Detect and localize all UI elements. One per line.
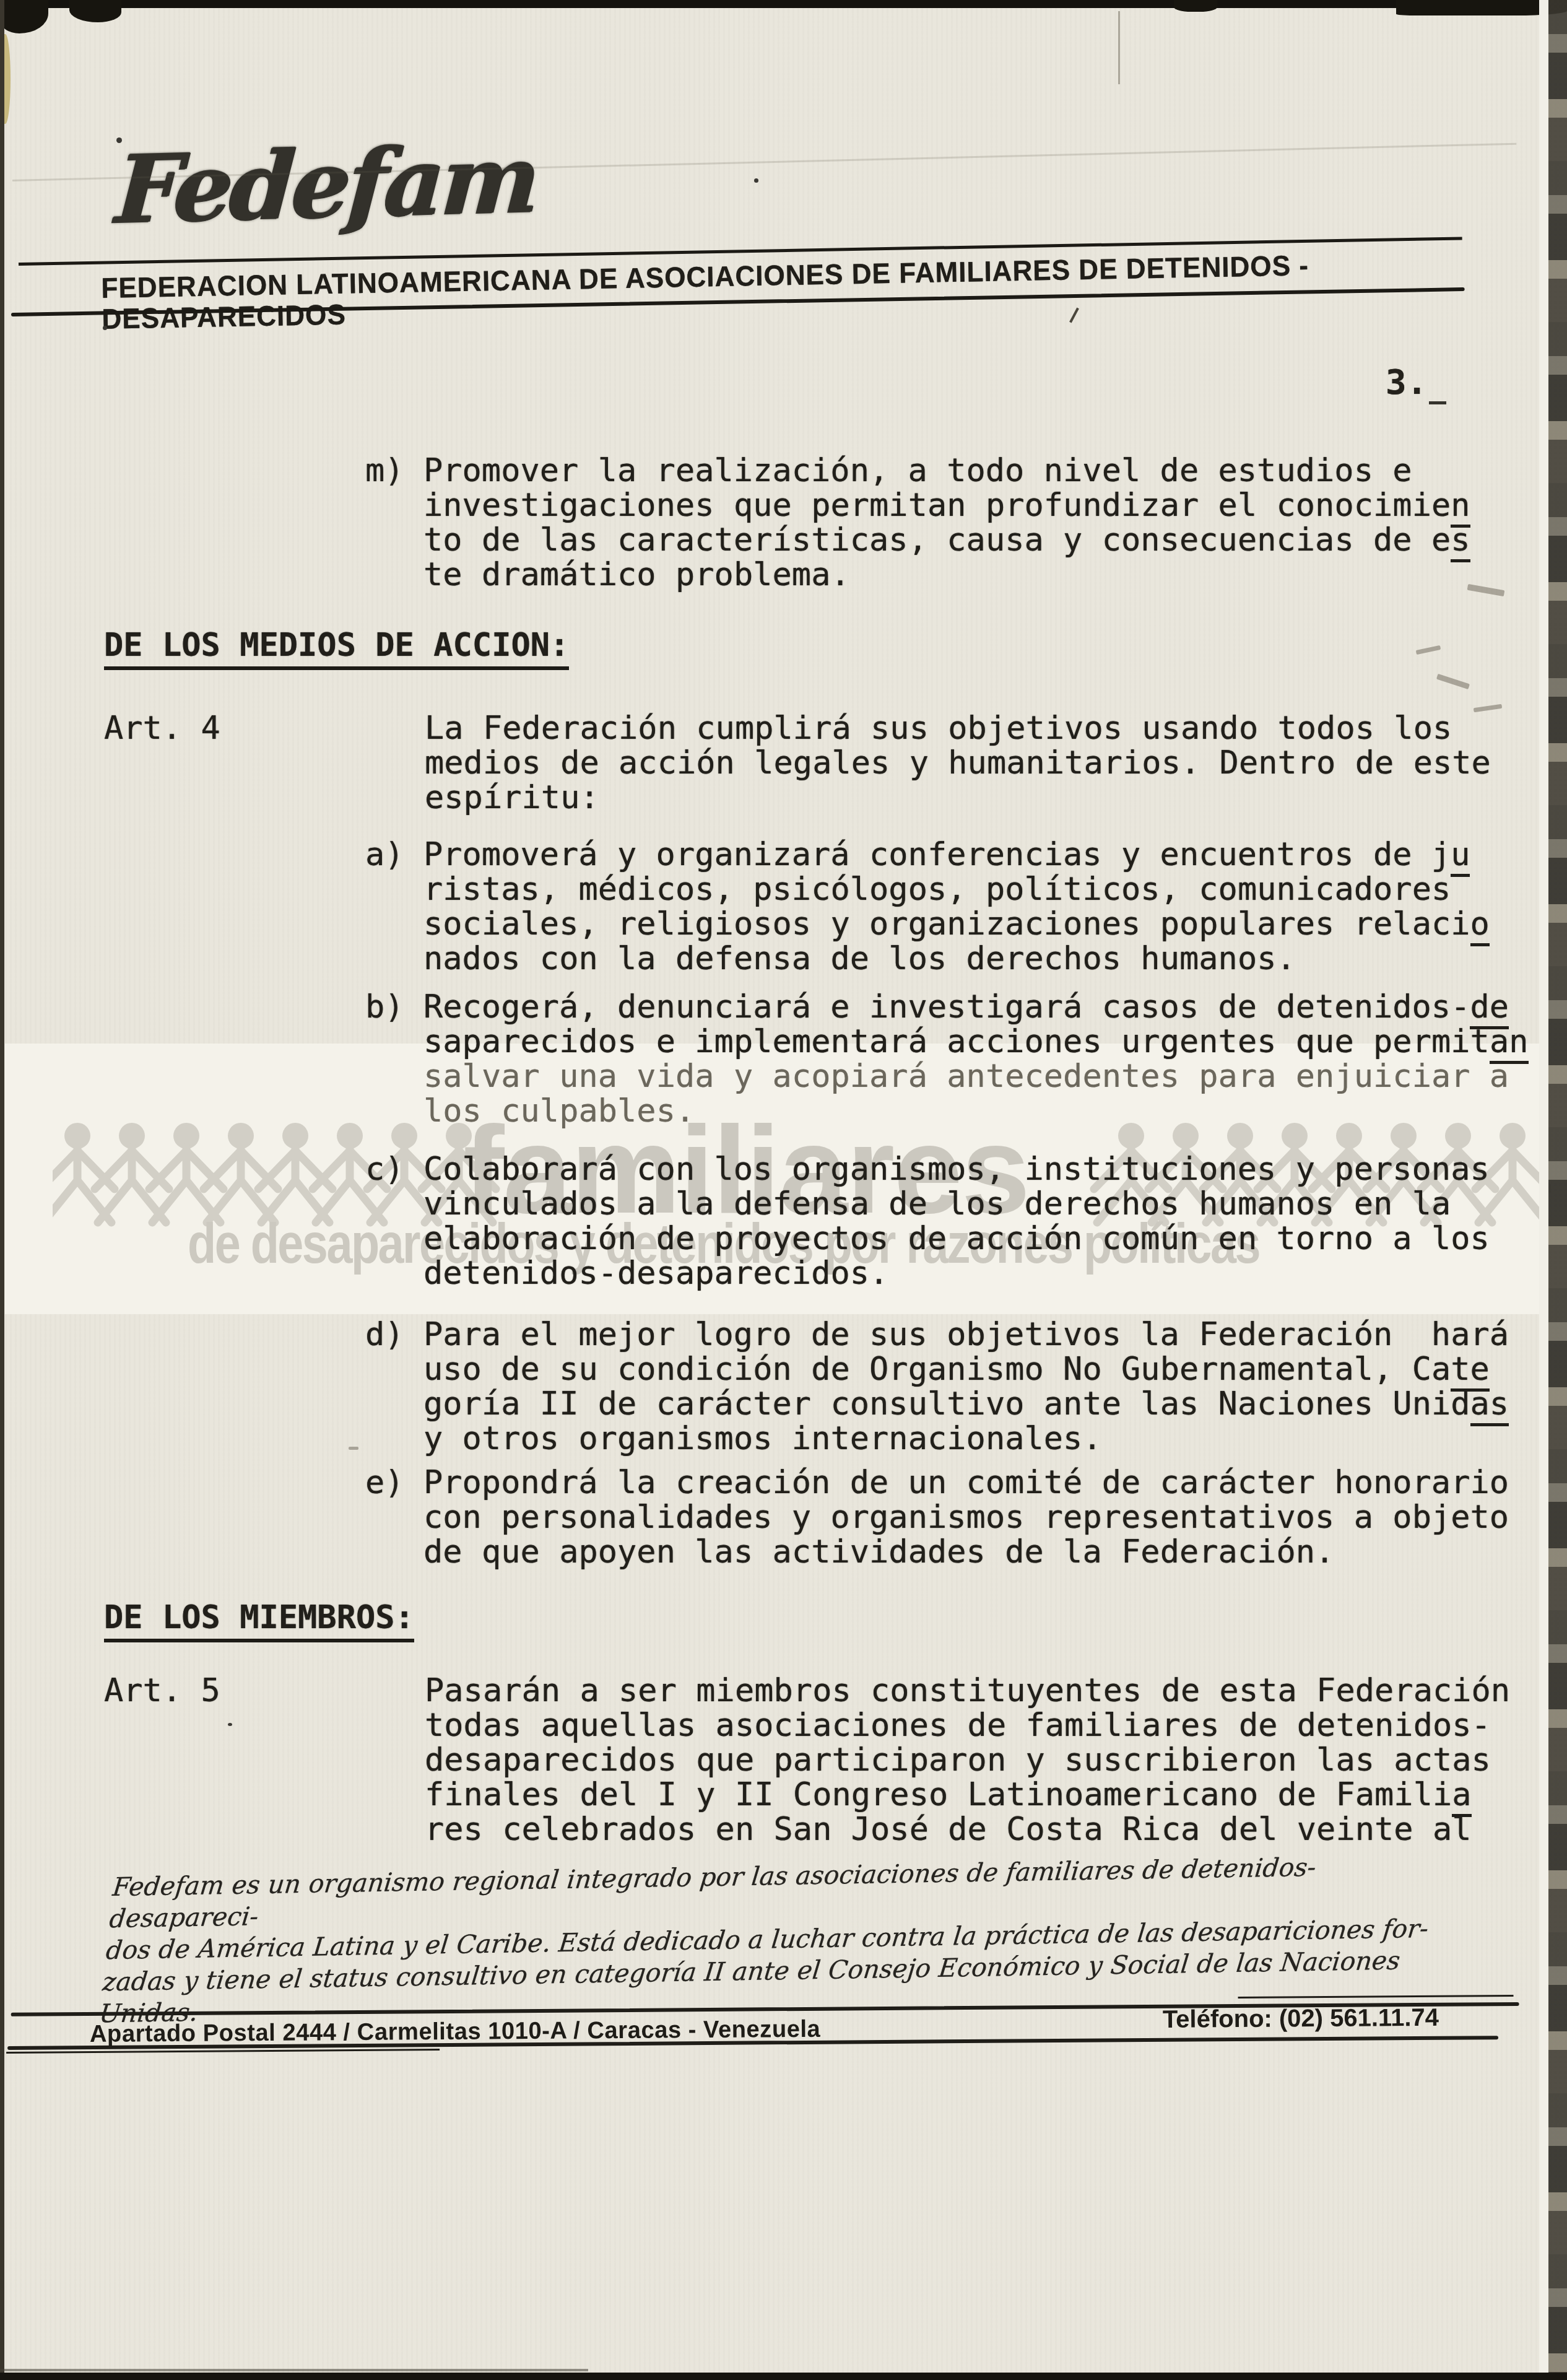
paragraph-item-d: d) Para el mejor logro de sus objetivos …: [365, 1317, 1567, 1456]
paragraph-item-m: m) Promover la realización, a todo nivel…: [365, 453, 1567, 592]
page-number-dash: [1429, 401, 1446, 404]
scan-left-edge: [0, 0, 4, 2380]
page-number: 3.: [1386, 364, 1427, 401]
pencil-dash: [349, 1447, 358, 1450]
pencil-scribble: [1416, 645, 1441, 655]
fedefam-logo: Fedefam: [113, 133, 539, 237]
section-heading-medios: DE LOS MEDIOS DE ACCION:: [104, 628, 569, 670]
paragraph-item-e: e) Propondrá la creación de un comité de…: [365, 1465, 1567, 1569]
section-heading-miembros: DE LOS MIEMBROS:: [104, 1600, 414, 1642]
scan-bottom-line: [0, 2369, 588, 2371]
article-5-text: Pasarán a ser miembros constituyentes de…: [425, 1673, 1567, 1847]
scan-right-gap: [1539, 0, 1548, 2380]
footer-phone: Teléfono: (02) 561.11.74: [1163, 2004, 1439, 2034]
document-page: familiares de desaparecidos y detenidos …: [0, 0, 1567, 2380]
scan-top-edge: [0, 0, 1567, 8]
scan-bottom-edge: [0, 2373, 1567, 2380]
footer-bar: Apartado Postal 2444 / Carmelitas 1010-A…: [0, 1994, 1567, 2080]
article-5-label: Art. 5: [104, 1673, 352, 1708]
scan-blob: [69, 0, 121, 22]
ink-speck: [116, 137, 122, 143]
paragraph-item-b: b) Recogerá, denunciará e investigará ca…: [365, 990, 1567, 1128]
footer-rule-bottom-segment: [6, 2049, 440, 2054]
paragraph-item-a: a) Promoverá y organizará conferencias y…: [365, 837, 1567, 976]
article-4-label: Art. 4: [104, 711, 352, 746]
article-4-text: La Federación cumplirá sus objetivos usa…: [425, 711, 1567, 815]
scan-blob: [1174, 0, 1217, 12]
pencil-scribble: [1436, 674, 1470, 689]
ink-speck: [103, 326, 107, 330]
ink-speck: [228, 1723, 232, 1726]
scan-right-edge: [1548, 0, 1567, 2380]
scan-scratch: [1118, 11, 1120, 84]
ink-speck: [754, 178, 758, 183]
scan-blob: [0, 0, 48, 33]
paragraph-item-c: c) Colaborará con los organismos, instit…: [365, 1152, 1567, 1291]
